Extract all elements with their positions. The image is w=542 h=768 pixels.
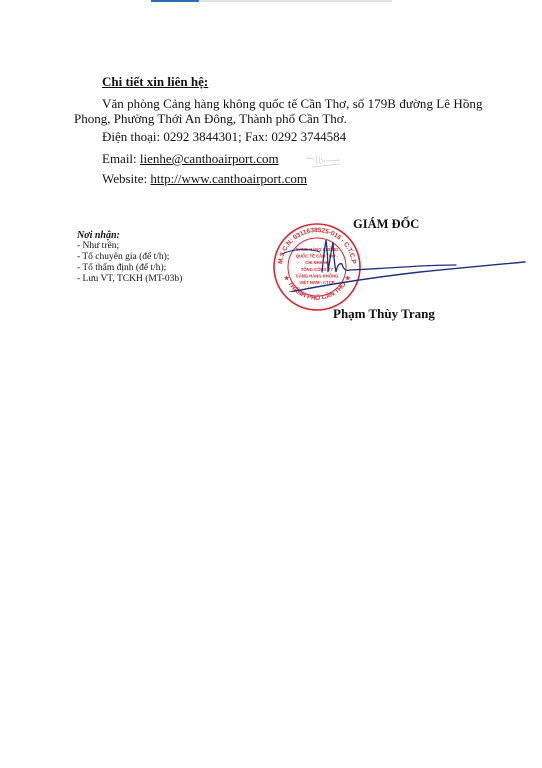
recipient-item: - Tổ chuyên gia (để t/h); <box>77 252 169 263</box>
website-line: Website: http://www.canthoairport.com <box>102 171 307 187</box>
phone-fax-line: Điện thoại: 0292 3844301; Fax: 0292 3744… <box>102 129 346 145</box>
website-link[interactable]: http://www.canthoairport.com <box>150 171 307 186</box>
initials-mark <box>304 152 344 170</box>
recipient-item: - Tổ thẩm định (để t/h); <box>77 263 166 274</box>
recipient-item: - Như trên; <box>77 241 119 252</box>
signature-title: GIÁM ĐỐC <box>353 216 419 232</box>
contact-heading: Chi tiết xin liên hệ: <box>102 74 208 90</box>
signer-name: Phạm Thùy Trang <box>333 306 435 322</box>
page-progress-fill <box>151 0 199 2</box>
page-progress-bar <box>151 0 392 2</box>
email-label: Email: <box>102 151 140 166</box>
email-line: Email: lienhe@canthoairport.com <box>102 151 279 167</box>
recipient-item: - Lưu VT, TCKH (MT-03b) <box>77 274 182 285</box>
address-line-1: Văn phòng Cảng hàng không quốc tế Cần Th… <box>102 96 483 112</box>
handwritten-signature <box>280 232 530 292</box>
website-label: Website: <box>102 171 150 186</box>
address-line-2: Phong, Phường Thới An Đông, Thành phố Cầ… <box>74 111 347 127</box>
email-link[interactable]: lienhe@canthoairport.com <box>140 151 279 166</box>
recipients-title: Nơi nhận: <box>77 230 120 241</box>
